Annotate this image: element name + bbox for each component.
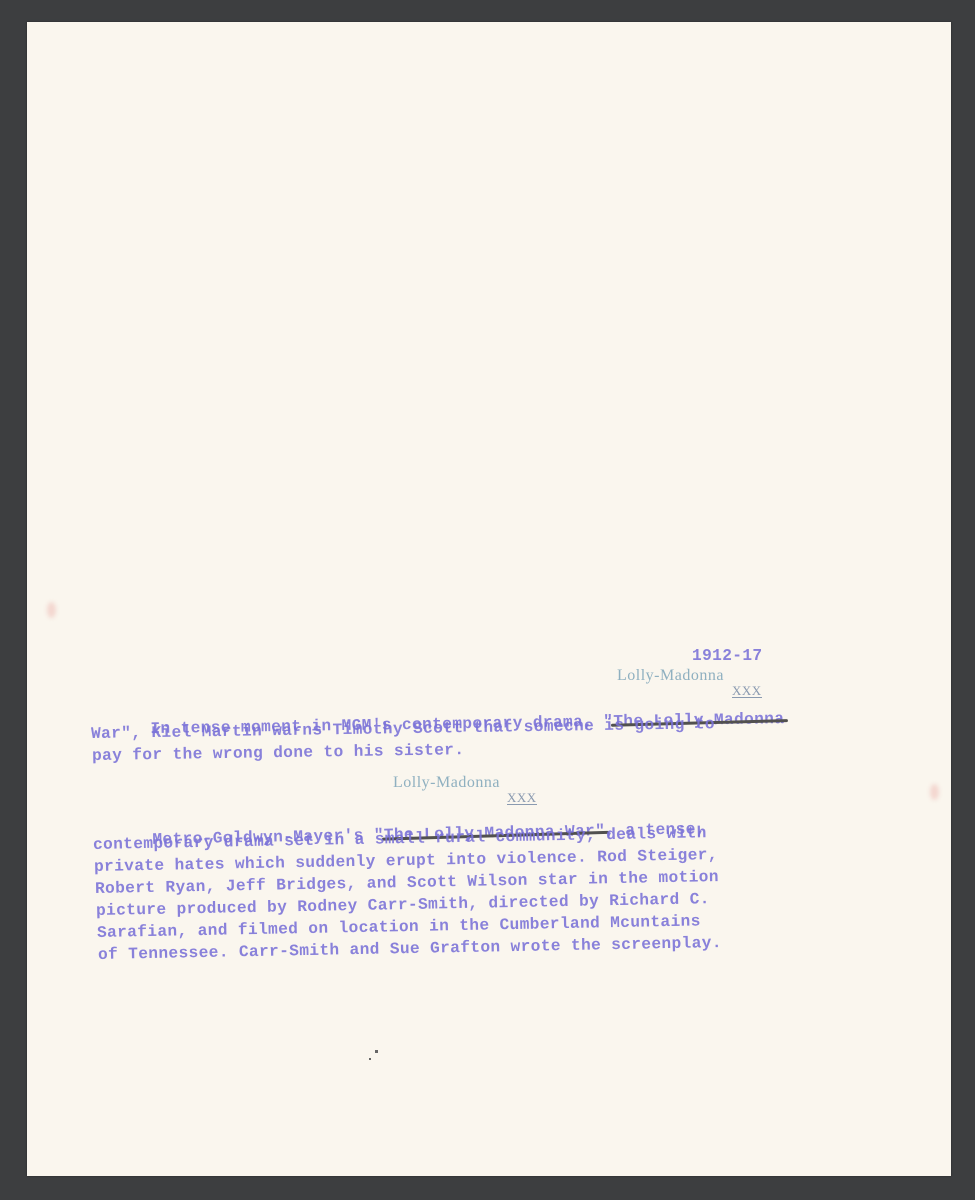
- speck-mark: [375, 1050, 378, 1053]
- photo-back-paper: 1912-17 Lolly-Madonna XXX In tense momen…: [27, 22, 951, 1176]
- stain-mark: [47, 602, 56, 618]
- title-stamp: Lolly-Madonna: [617, 667, 724, 685]
- title-stamp: Lolly-Madonna: [393, 774, 500, 792]
- title-stamp-mark: XXX: [507, 791, 537, 805]
- speck-mark: [369, 1058, 371, 1060]
- stain-mark: [930, 784, 939, 800]
- photo-number: 1912-17: [692, 647, 762, 665]
